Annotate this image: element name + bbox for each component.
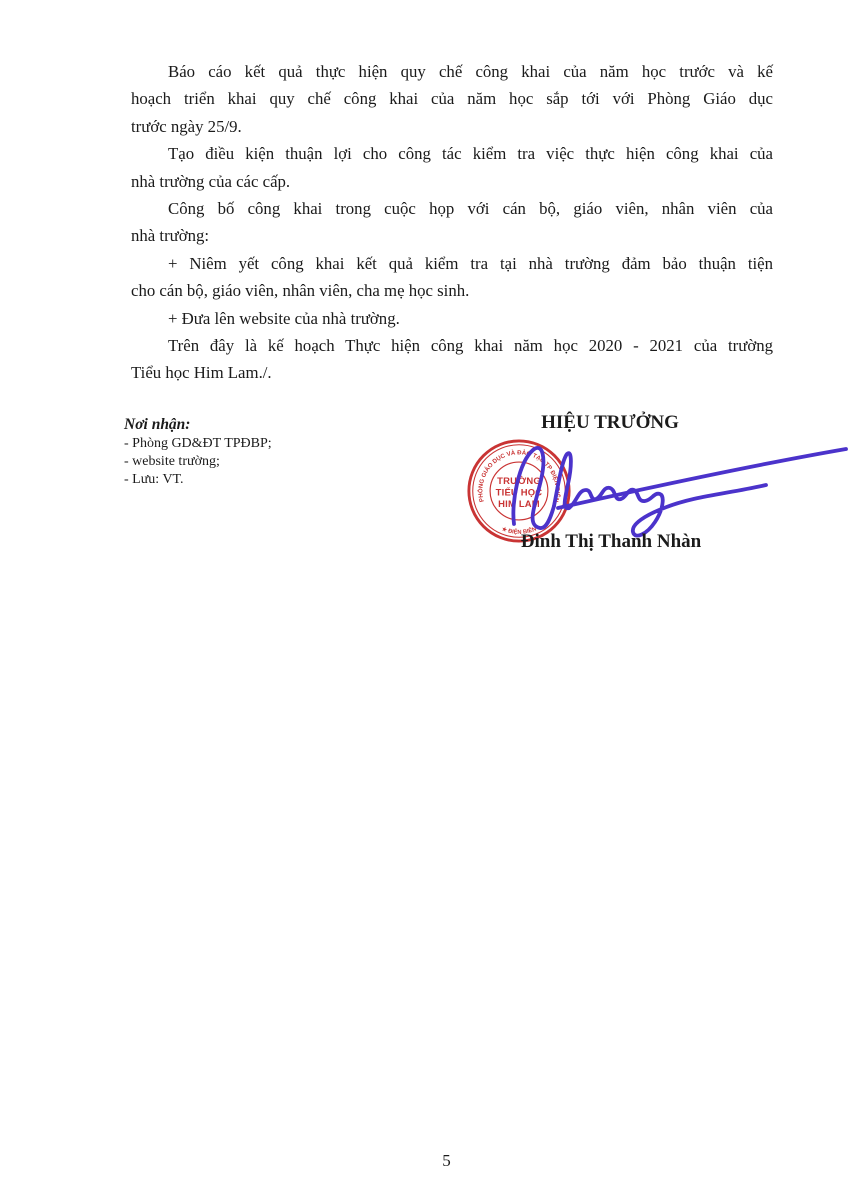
text-line: trước ngày 25/9. xyxy=(131,113,773,140)
text-line: nhà trường: xyxy=(131,222,773,249)
text-line: Công bố công khai trong cuộc họp với cán… xyxy=(131,195,773,222)
text-line: Tạo điều kiện thuận lợi cho công tác kiể… xyxy=(131,140,773,167)
text-line: Báo cáo kết quả thực hiện quy chế công k… xyxy=(131,58,773,85)
recipient-item: - Phòng GD&ĐT TPĐBP; xyxy=(124,435,272,453)
signature-stroke xyxy=(554,453,571,508)
text-line: + Niêm yết công khai kết quả kiểm tra tạ… xyxy=(131,250,773,277)
text-line: + Đưa lên website của nhà trường. xyxy=(131,305,773,332)
recipient-item: - Lưu: VT. xyxy=(124,471,272,489)
signature-stroke xyxy=(513,448,554,528)
text-line: Tiểu học Him Lam./. xyxy=(131,359,773,386)
recipient-item: - website trường; xyxy=(124,453,272,471)
recipients-label: Nơi nhận: xyxy=(124,415,272,435)
signer-name: Đinh Thị Thanh Nhàn xyxy=(451,531,771,553)
text-line: hoạch triển khai quy chế công khai của n… xyxy=(131,85,773,112)
signature-stroke xyxy=(558,449,846,508)
signature-scribble xyxy=(498,428,850,548)
document-page: Báo cáo kết quả thực hiện quy chế công k… xyxy=(0,0,850,1201)
text-line: nhà trường của các cấp. xyxy=(131,168,773,195)
body-text: Báo cáo kết quả thực hiện quy chế công k… xyxy=(131,58,773,387)
text-line: Trên đây là kế hoạch Thực hiện công khai… xyxy=(131,332,773,359)
page-number: 5 xyxy=(404,1151,489,1171)
recipients-block: Nơi nhận: - Phòng GD&ĐT TPĐBP; - website… xyxy=(124,415,272,490)
signature-stroke xyxy=(569,485,766,536)
text-line: cho cán bộ, giáo viên, nhân viên, cha mẹ… xyxy=(131,277,773,304)
